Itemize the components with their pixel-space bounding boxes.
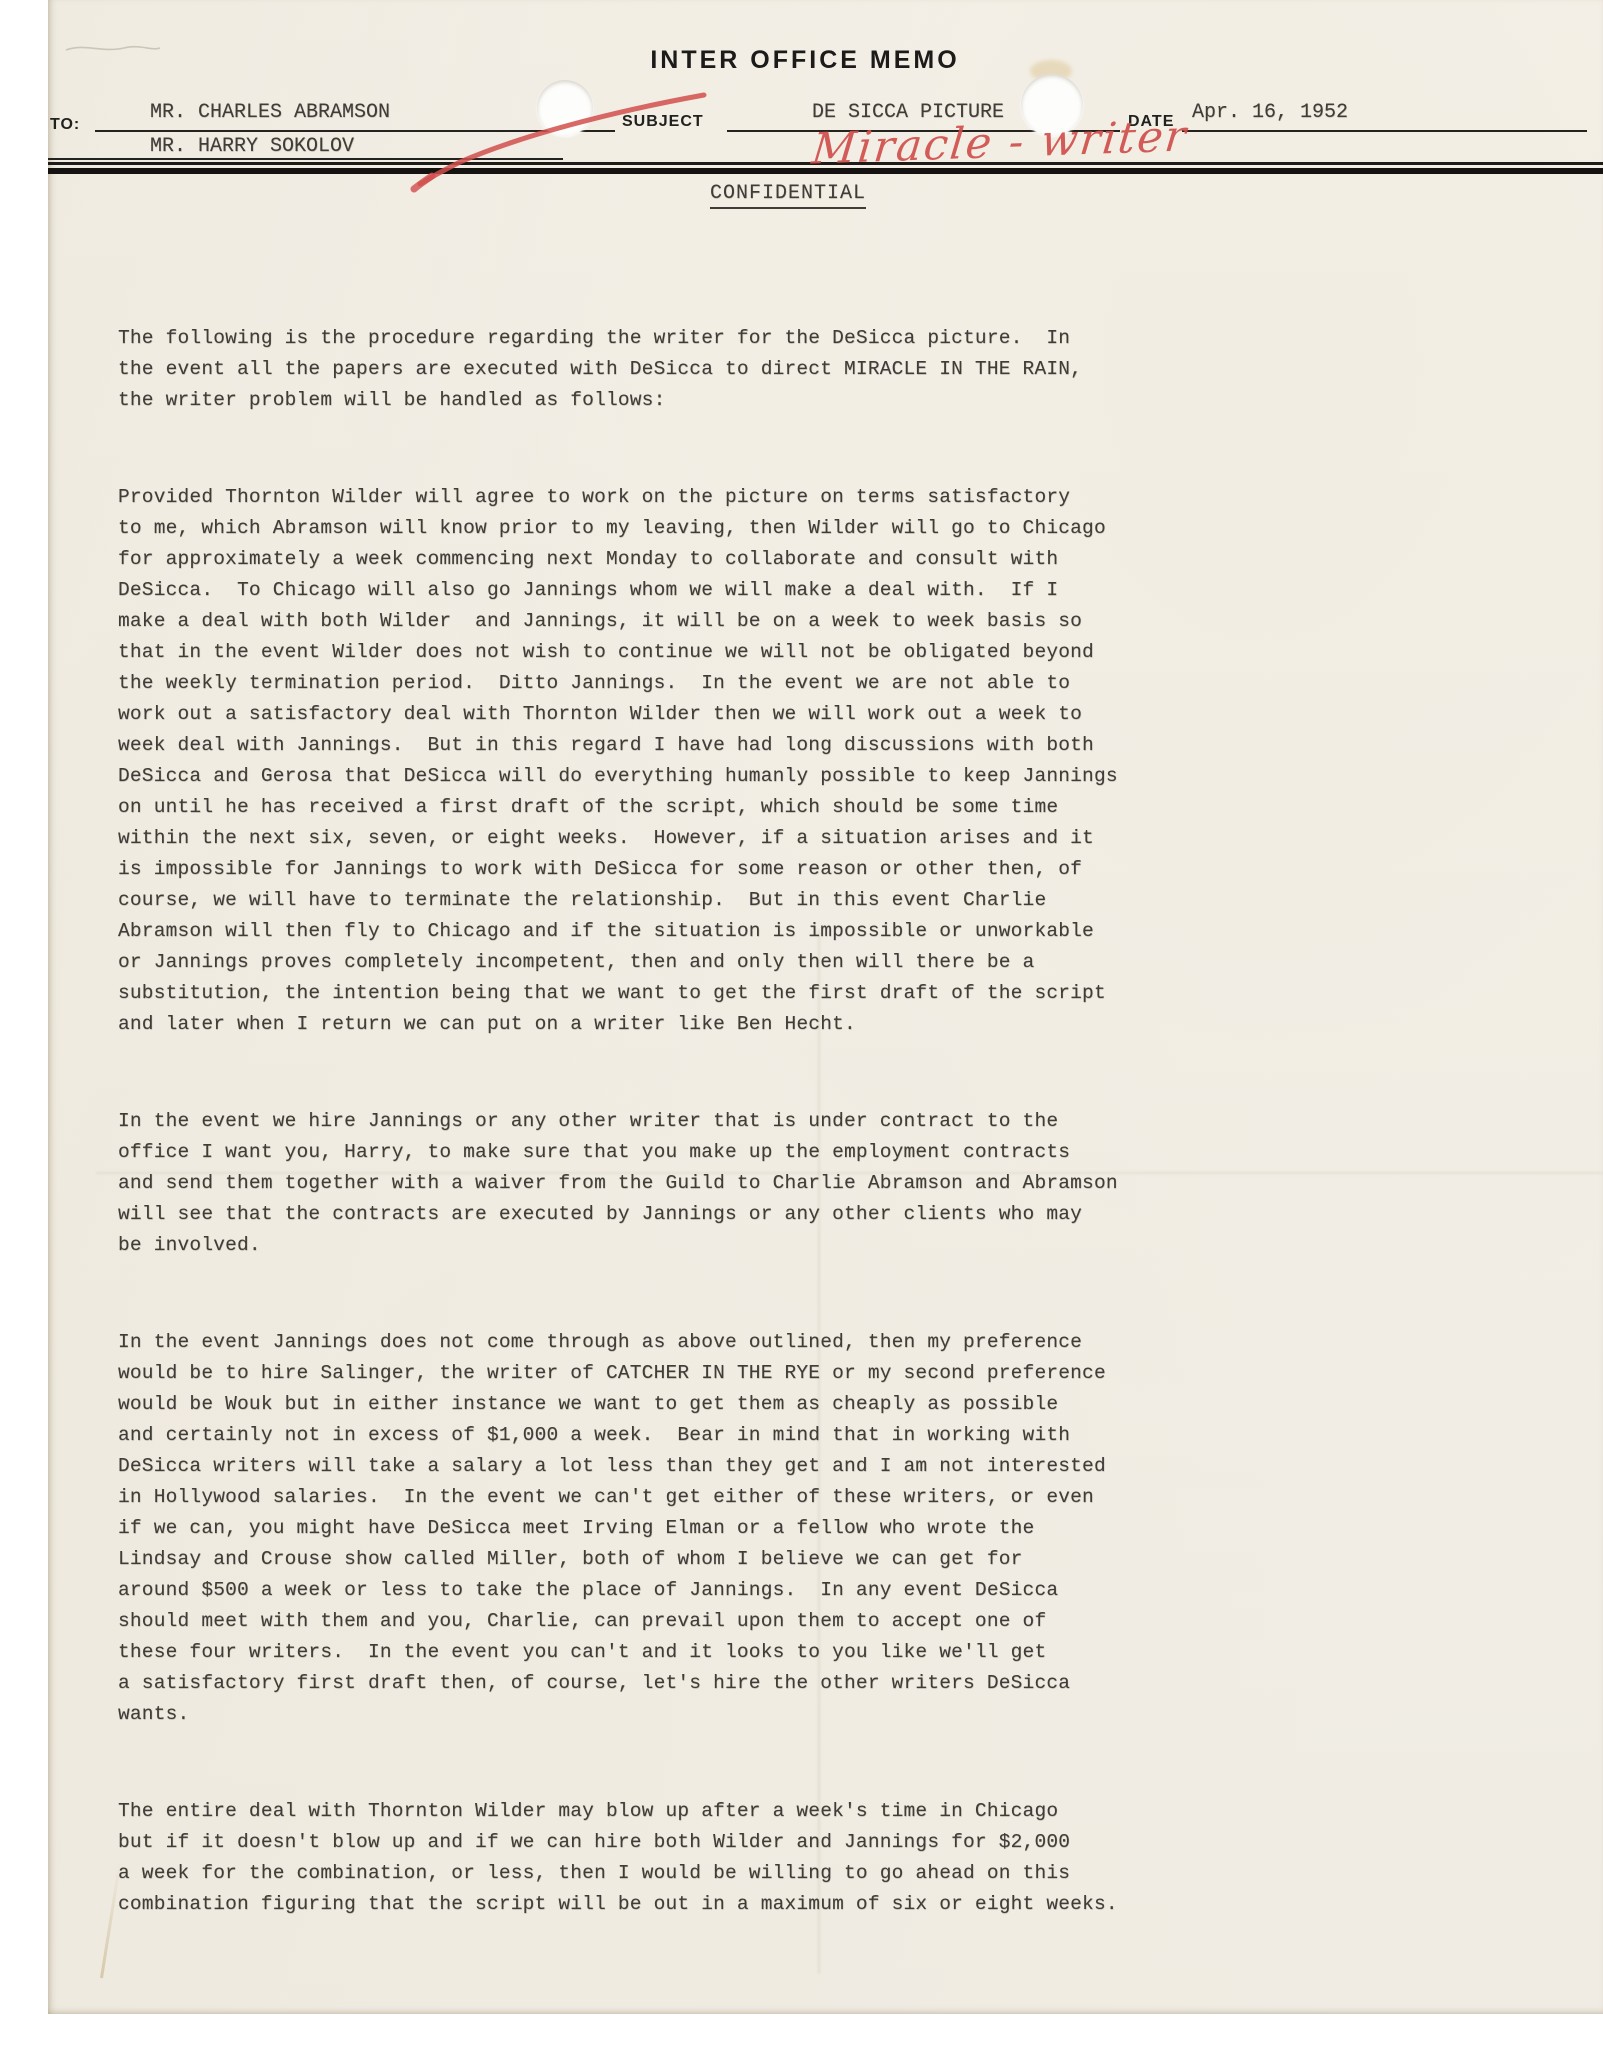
memo-paragraph: In the event we hire Jannings or any oth… <box>118 1106 1148 1261</box>
scan-background: { "header": { "title": "INTER OFFICE MEM… <box>0 0 1603 2048</box>
date-field-underline <box>1182 130 1587 132</box>
to-recipient-2: MR. HARRY SOKOLOV <box>150 135 354 158</box>
to-recipient-1: MR. CHARLES ABRAMSON <box>150 101 390 124</box>
to-field-underline <box>95 130 615 132</box>
to-label: TO: <box>50 116 80 134</box>
hole-punch-icon <box>537 80 593 136</box>
subject-label: SUBJECT <box>622 113 704 131</box>
memo-paragraph: The following is the procedure regarding… <box>118 323 1148 416</box>
memo-body: The following is the procedure regarding… <box>118 287 1148 1968</box>
memo-paragraph: Provided Thornton Wilder will agree to w… <box>118 482 1148 1040</box>
memo-title: INTER OFFICE MEMO <box>650 46 959 75</box>
to-field-second-underline <box>48 158 563 160</box>
classification-heading: CONFIDENTIAL <box>710 182 866 209</box>
memo-paragraph: The entire deal with Thornton Wilder may… <box>118 1796 1148 1920</box>
date-value: Apr. 16, 1952 <box>1192 101 1348 124</box>
memo-paragraph: In the event Jannings does not come thro… <box>118 1327 1148 1730</box>
